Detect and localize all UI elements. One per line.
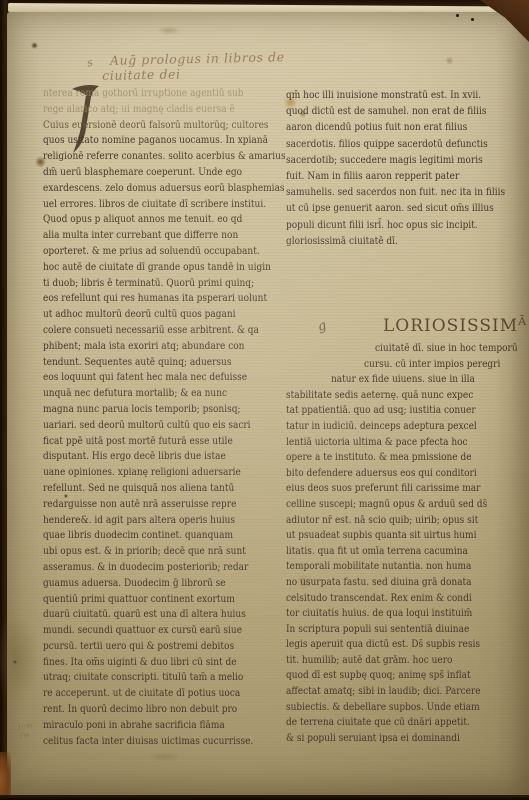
text-line: legis aperuit qua dictū est. Ds̄ supbis … bbox=[286, 637, 507, 653]
text-line: eius deos suos preferunt fili carissime … bbox=[286, 481, 507, 497]
text-line: eos loquunt qui fatent hec mala nec defu… bbox=[43, 370, 261, 386]
heading-mark: s bbox=[86, 56, 95, 70]
text-line: litatis. qua fit ut omīa terrena cacumin… bbox=[286, 544, 507, 560]
text-line: ficat ppē uitā post mortē futurā esse ut… bbox=[43, 434, 261, 450]
text-line: de terrena ciuitate que cū dnāri appetit… bbox=[286, 715, 507, 731]
stain bbox=[445, 56, 454, 65]
text-line: eos refellunt qui res humanas ita pspera… bbox=[43, 291, 261, 307]
text-line: guamus aduersa. Duodecim ḡ librorū se bbox=[43, 576, 261, 592]
text-line: asseramus. & in duodecim posteriorib; re… bbox=[43, 560, 261, 576]
manuscript-photo: s Aug̃ prologus in libros de ciuitate de… bbox=[0, 0, 529, 800]
text-line: ti duob; libris ē terminatū. Quorū primi… bbox=[43, 276, 261, 292]
text-line: celline suscepi; magnū opus & arduū sed … bbox=[286, 497, 507, 513]
text-line: alia multa inter currebant que differre … bbox=[43, 228, 261, 244]
text-line: exardescens. zelo domus aduersus eorū bl… bbox=[43, 181, 261, 197]
text-line: phibent; mala ista exoriri atq; abundare… bbox=[43, 339, 261, 355]
binding-bottom-edge bbox=[0, 795, 529, 800]
incipit-guide-letter: g bbox=[316, 318, 329, 335]
text-line: religionē referre conantes. solito acerb… bbox=[43, 149, 261, 165]
text-line: tendunt. Sequentes autē quinq; aduersus bbox=[43, 355, 261, 371]
text-line: nterea roma gothorū irruptione agentiū s… bbox=[43, 86, 261, 102]
text-line: tatur in iudiciū. deinceps adeptura pexc… bbox=[286, 419, 507, 435]
text-line: dm̄ uerū blasphemare coeperunt. Unde ego bbox=[43, 165, 261, 181]
text-line: ut adhoc multorū deorū cultū quos pagani bbox=[43, 307, 261, 323]
text-line: gloriosissimā ciuitatē dī. bbox=[286, 234, 507, 250]
marginal-note-line1: ſcm̄ bbox=[18, 721, 34, 732]
text-line: quos usitato nomine paganos uocamus. In … bbox=[43, 133, 261, 149]
text-line: uel errores. libros de ciuitate dī scrib… bbox=[43, 197, 261, 213]
text-line: oporteret. & me prius ad soluendū occupa… bbox=[43, 244, 261, 260]
right-text-column-top: qm̄ hoc illi inuisione monstratū est. In… bbox=[286, 88, 529, 250]
text-line: disputant. His ergo decē libris due ista… bbox=[43, 449, 261, 465]
text-line: aaron dicendū potius fuit non erat filiu… bbox=[286, 120, 507, 136]
text-line: pcursū. tertii uero qui & postremi debit… bbox=[43, 639, 261, 655]
text-line: rege alarico atq; ui magnę cladis euersa… bbox=[43, 102, 261, 118]
text-line: stabilitate sedis aeternę. quā nunc expe… bbox=[286, 388, 507, 404]
text-line: rent. In quorū decimo libro non debuit p… bbox=[43, 702, 261, 718]
text-line: quod dī est supbę quoq; animę sps̄ infla… bbox=[286, 668, 507, 684]
text-line: ut psuadeat supbis quanta sit uirtus hum… bbox=[286, 528, 507, 544]
text-line: hoc autē de ciuitate dī grande opus tand… bbox=[43, 260, 261, 276]
text-line: samuhelis. sed sacerdos non fuit. nec it… bbox=[286, 185, 507, 201]
text-line: Cuius euersionē deorū falsorū multorūq; … bbox=[43, 118, 261, 134]
text-line: affectat amatq; sibi in laudib; dici. Pa… bbox=[286, 684, 507, 700]
incipit-heading: LORIOSISSIMĀ bbox=[383, 315, 526, 336]
text-line: sacerdotib; succedere magis legitimi mor… bbox=[286, 153, 507, 169]
text-line: colere consueti necessariū esse arbitren… bbox=[43, 323, 261, 339]
rubric-heading: Aug̃ prologus in libros de ciuitate dei bbox=[110, 49, 285, 83]
text-line: utraq; ciuitate conscripti. titulū tam̄ … bbox=[43, 670, 261, 686]
stain bbox=[456, 14, 459, 17]
text-line: hendere&. id agit pars altera operis hui… bbox=[43, 513, 261, 529]
incipit-caps-text: LORIOSISSIM bbox=[383, 316, 518, 336]
text-line: tit. humilib; autē dat grām. hoc uero bbox=[286, 653, 507, 669]
text-line: qm̄ hoc illi inuisione monstratū est. In… bbox=[286, 88, 507, 104]
text-line: quod dictū est de samuhel. non erat de f… bbox=[286, 104, 507, 120]
marginal-note: ſcm̄ ſm bbox=[18, 721, 36, 741]
text-line: fuit. Nam in filiis aaron repperit pater bbox=[286, 169, 507, 185]
incipit-superscript: Ā bbox=[518, 315, 526, 328]
text-line: uariari. sed deorū multorū cultū quo eis… bbox=[43, 418, 261, 434]
stain bbox=[31, 42, 38, 49]
text-line: magna nunc parua locis temporib; psonisq… bbox=[43, 402, 261, 418]
text-line: subiectis. & debellare supbos. Unde etia… bbox=[286, 700, 507, 716]
stain bbox=[13, 660, 17, 664]
binding-left-foot bbox=[0, 752, 11, 800]
text-line: mundi. secundi quattuor ex cursū earū si… bbox=[43, 623, 261, 639]
text-line: opere a te instituto. & mea pmissione de bbox=[286, 450, 507, 466]
marginal-note-line2: ſm bbox=[19, 730, 31, 740]
text-line: adiutor nr̄ est. nā scio quib; uirib; op… bbox=[286, 513, 507, 529]
text-line: celsitudo transcendat. Rex enim & condi bbox=[286, 591, 507, 607]
stain bbox=[147, 752, 181, 762]
left-text-column: nterea roma gothorū irruptione agentiū s… bbox=[43, 86, 285, 749]
text-line: sacerdotis. filios quippe sacerdotū defu… bbox=[286, 137, 507, 153]
stain bbox=[471, 18, 474, 21]
text-line: natur ex fide uiuens. siue in illa bbox=[331, 372, 512, 388]
stain bbox=[157, 26, 181, 35]
text-line: In scriptura populi sui sententiā diuina… bbox=[286, 622, 507, 638]
text-line: redarguisse non autē nrā asseruisse repr… bbox=[43, 497, 261, 513]
right-text-column-body: ciuitatē dī. siue in hoc temporūcursu. c… bbox=[286, 341, 529, 746]
text-line: lentiā uictoria ultima & pace pfecta hoc bbox=[286, 435, 507, 451]
text-line: unquā nec defutura mortalib; & ea nunc bbox=[43, 386, 261, 402]
text-line: ubi opus est. & in priorib; decē que nrā… bbox=[43, 544, 261, 560]
rubric-heading-line2: ciuitate dei bbox=[102, 64, 285, 83]
text-line: temporali mobilitate nutantia. non huma bbox=[286, 559, 507, 575]
text-line: populi dicunt filii isrl̄. hoc opus sic … bbox=[286, 218, 507, 234]
text-line: quae libris duodecim continet. quanquam bbox=[43, 528, 261, 544]
text-line: & si populi seruiant ipsa ei dominandi bbox=[286, 731, 507, 747]
text-line: re acceperunt. ut de ciuitate dī potius … bbox=[43, 686, 261, 702]
text-line: tor ciuitatis huius. de qua loqui instit… bbox=[286, 606, 507, 622]
text-line: fines. Ita om̄s uiginti & duo libri cū s… bbox=[43, 655, 261, 671]
text-line: cursu. cū inter impios peregri bbox=[364, 357, 515, 373]
text-line: celitus facta inter diuisas uictimas cuc… bbox=[43, 734, 261, 750]
text-line: uane opiniones. xpianę religioni aduersa… bbox=[43, 465, 261, 481]
text-line: ut cū ipse genuerit aaron. sed sicut om̄… bbox=[286, 201, 507, 217]
text-line: duarū ciuitatū. quarū est una dī altera … bbox=[43, 607, 261, 623]
text-line: Quod opus p aliquot annos me tenuit. eo … bbox=[43, 212, 261, 228]
text-line: tat ppatientiā. quo ad usq; iustitia con… bbox=[286, 403, 507, 419]
parchment-page: s Aug̃ prologus in libros de ciuitate de… bbox=[7, 12, 529, 798]
text-line: quentiū primi quattuor continent exortum bbox=[43, 592, 261, 608]
text-line: no usurpata fastu. sed diuina grā donata bbox=[286, 575, 507, 591]
text-line: miraculo poni in abrahe sacrificia flāma bbox=[43, 718, 261, 734]
text-line: refellunt. Sed ne quisquā nos aliena tan… bbox=[43, 481, 261, 497]
text-line: bito defendere aduersus eos qui conditor… bbox=[286, 466, 507, 482]
text-line: ciuitatē dī. siue in hoc temporū bbox=[375, 341, 516, 357]
